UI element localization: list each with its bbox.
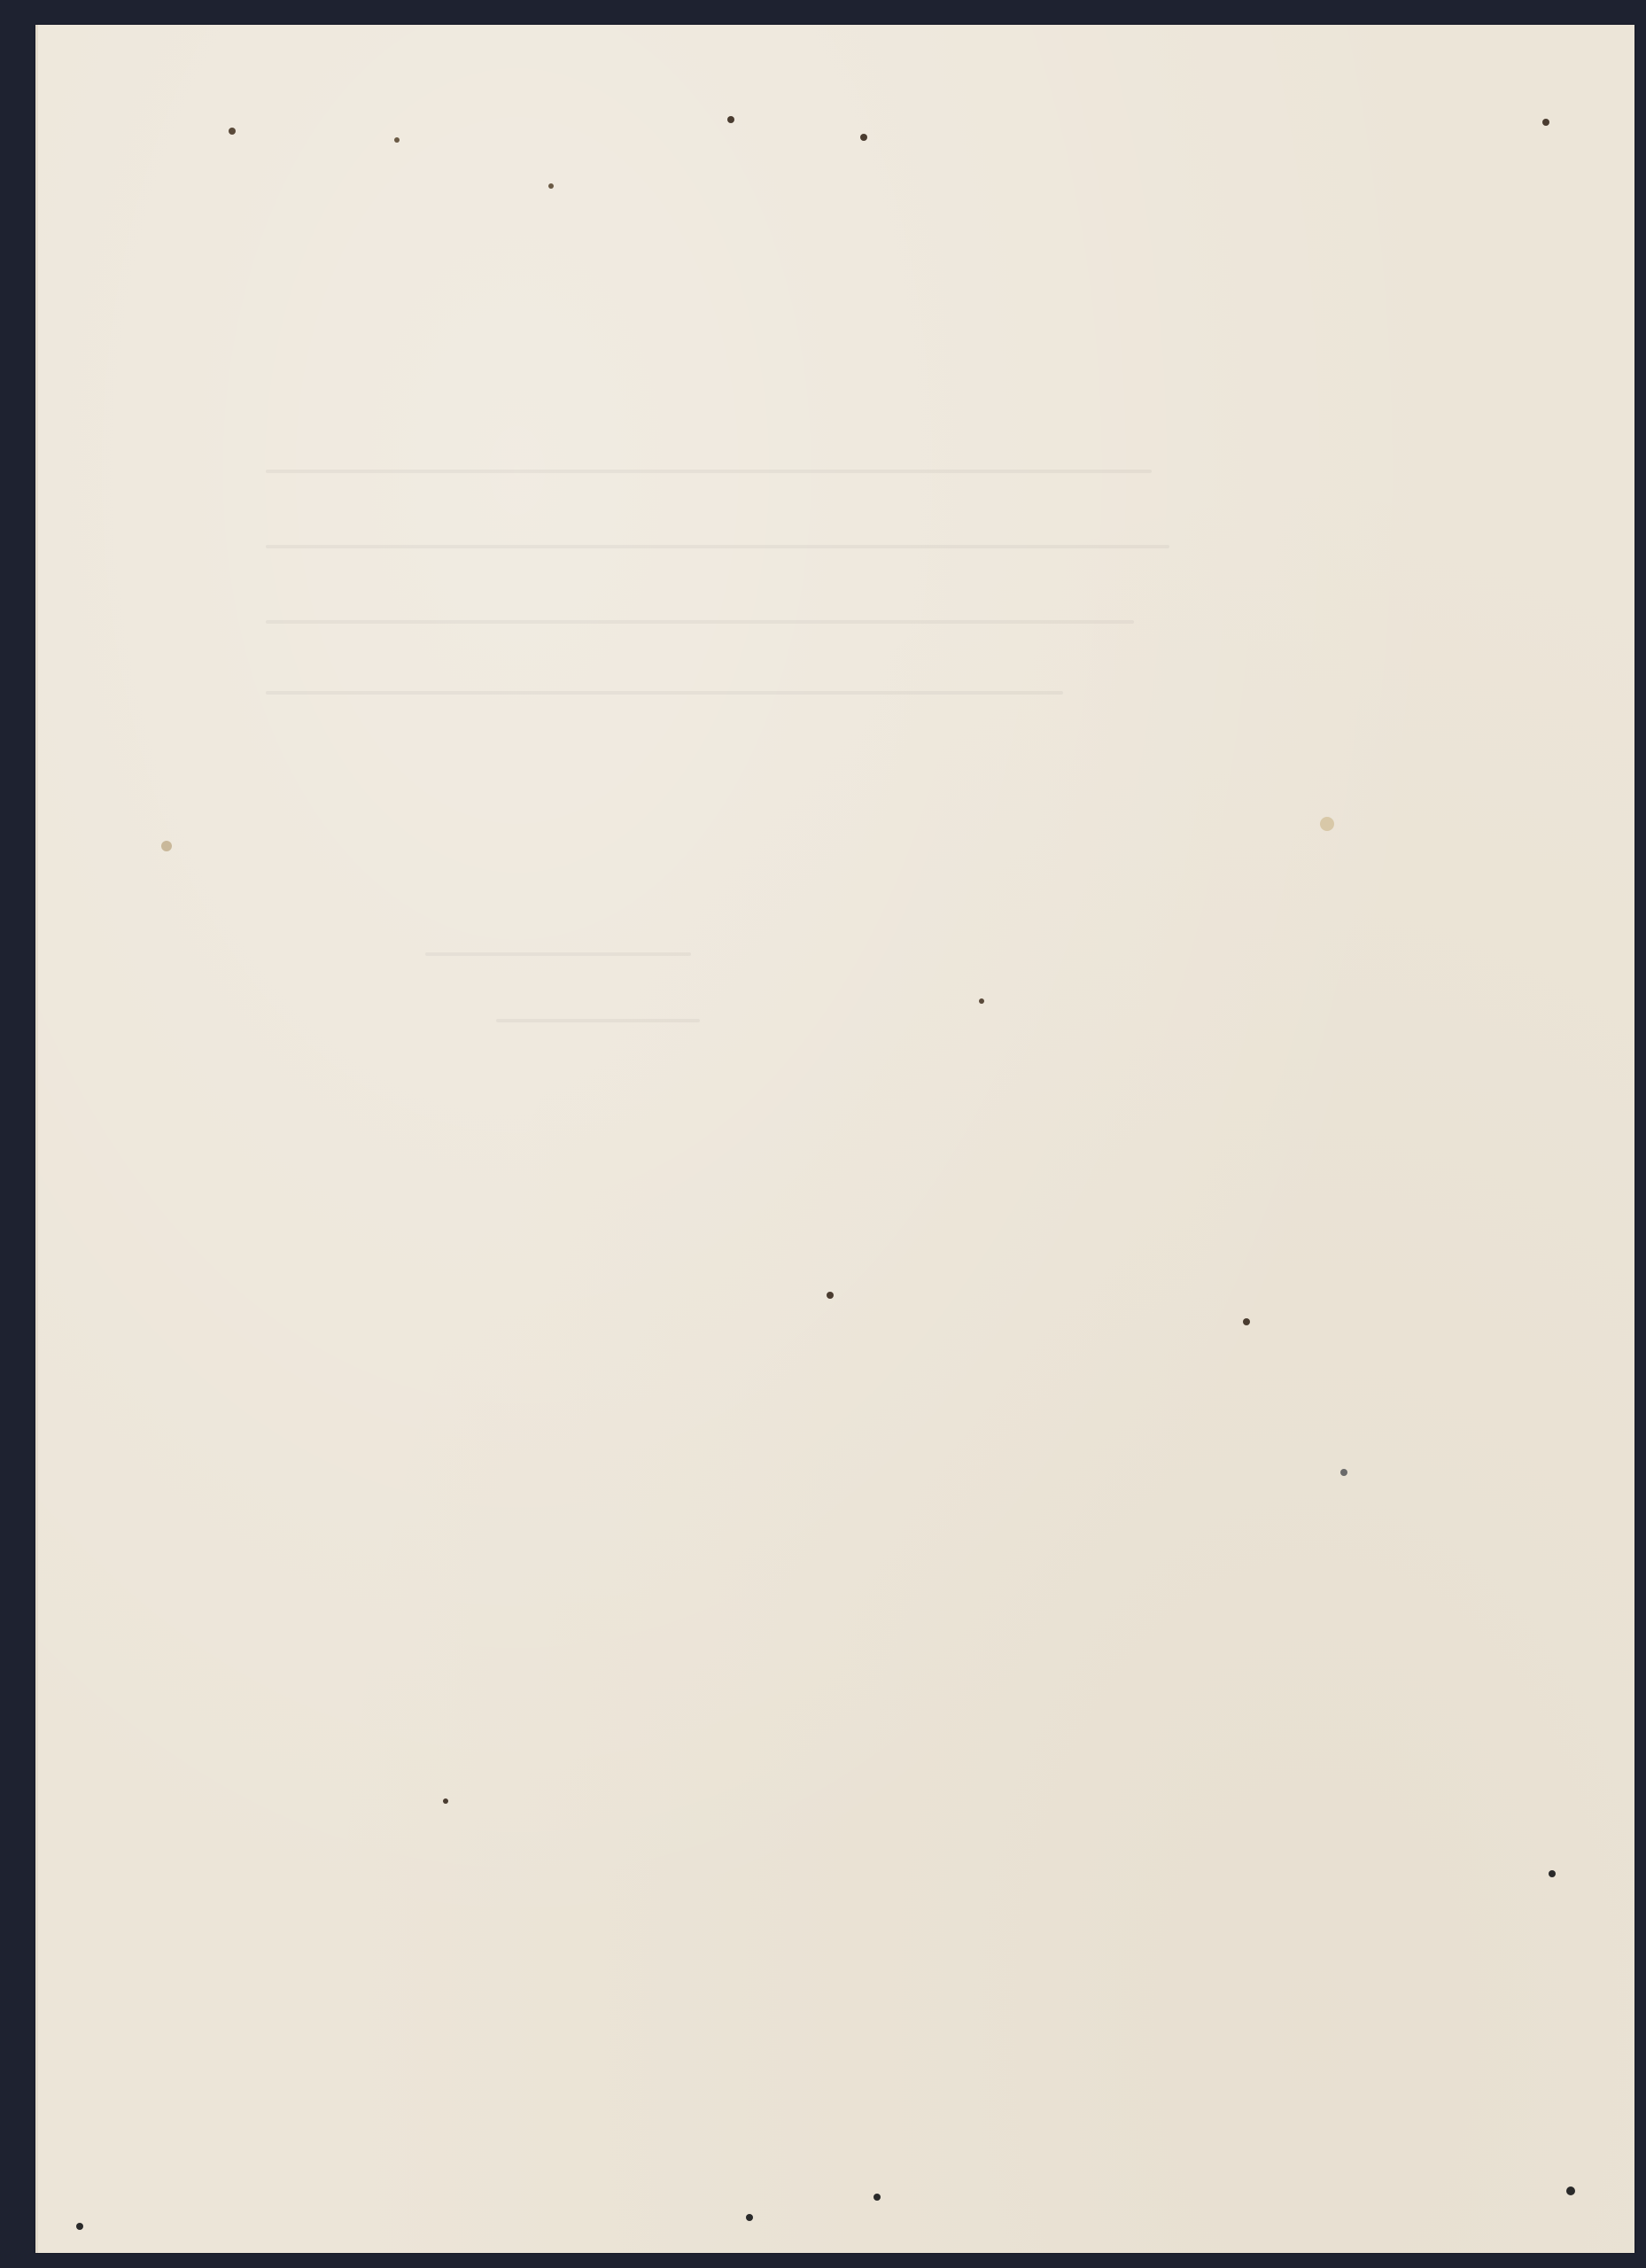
foxing-spot	[979, 998, 984, 1004]
foxing-spot	[161, 841, 172, 851]
foxing-spot	[443, 1798, 448, 1804]
bleed-through-text	[266, 545, 1169, 548]
foxing-spot	[746, 2214, 753, 2221]
foxing-spot	[873, 2194, 881, 2201]
foxing-spot	[548, 183, 554, 189]
foxing-spot	[229, 128, 236, 135]
bleed-through-text	[496, 1019, 700, 1022]
foxing-spot	[1243, 1318, 1250, 1325]
foxing-spot	[727, 116, 734, 123]
bleed-through-text	[266, 691, 1063, 695]
foxing-spot	[827, 1292, 834, 1299]
bleed-through-text	[425, 952, 691, 956]
foxing-spot	[394, 137, 400, 143]
foxing-spot	[1340, 1469, 1347, 1476]
foxing-spot	[1542, 119, 1549, 126]
bleed-through-text	[266, 620, 1134, 624]
paper-sheet	[35, 25, 1634, 2253]
foxing-spot	[1320, 817, 1334, 831]
foxing-spot	[860, 134, 867, 141]
bleed-through-text	[266, 470, 1152, 473]
foxing-spot	[1566, 2186, 1575, 2195]
foxing-spot	[1549, 1870, 1556, 1877]
foxing-spot	[76, 2223, 83, 2230]
